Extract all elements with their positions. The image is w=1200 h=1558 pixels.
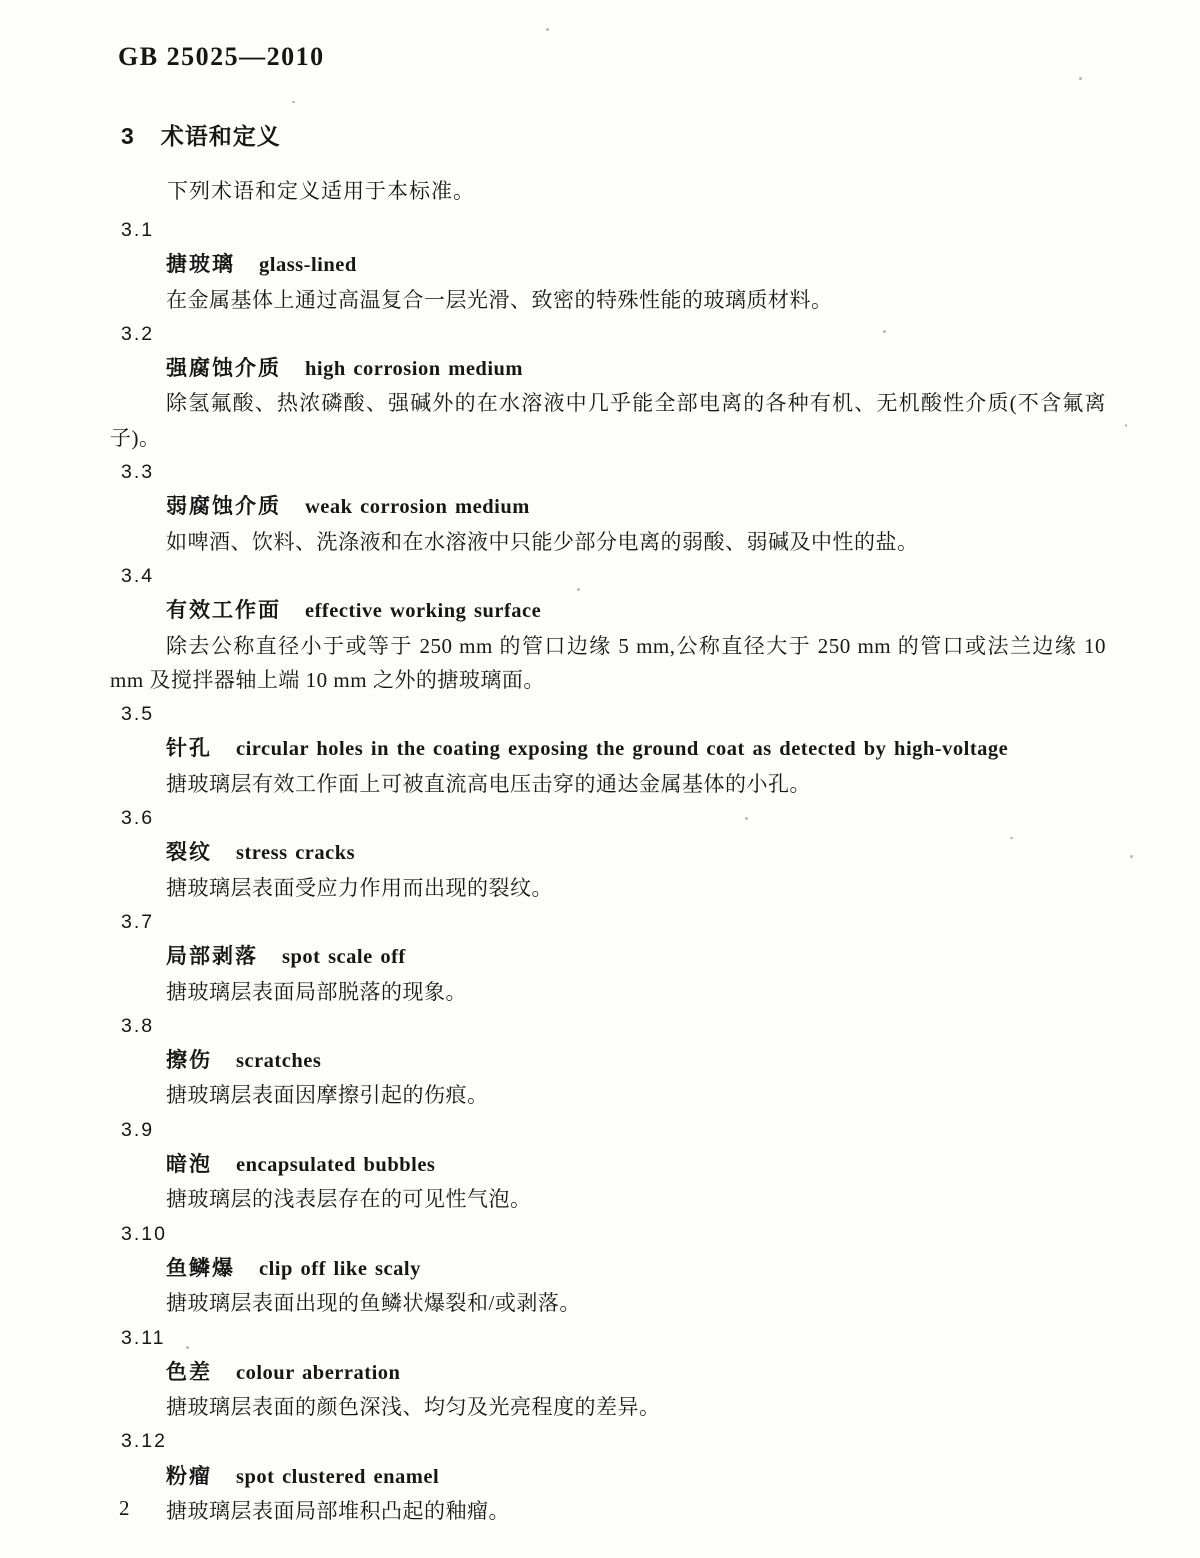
term-zh: 搪玻璃	[166, 253, 235, 276]
term-definition: 搪玻璃层表面出现的鱼鳞状爆裂和/或剥落。	[110, 1286, 1106, 1320]
term-en: circular holes in the coating exposing t…	[236, 738, 1008, 760]
term-en: high corrosion medium	[305, 358, 523, 380]
term-title: 擦伤scratches	[110, 1043, 1106, 1078]
term-title: 有效工作面effective working surface	[110, 593, 1106, 628]
term-zh: 鱼鳞爆	[166, 1257, 235, 1280]
term-title: 针孔circular holes in the coating exposing…	[110, 731, 1106, 766]
term-title: 粉瘤spot clustered enamel	[110, 1459, 1106, 1494]
standard-number-header: GB 25025—2010	[118, 42, 325, 72]
term-entry-3-1: 3.1 搪玻璃glass-lined 在金属基体上通过高温复合一层光滑、致密的特…	[110, 213, 1106, 317]
term-definition: 搪玻璃层表面因摩擦引起的伤痕。	[110, 1078, 1106, 1112]
term-entry-3-6: 3.6 裂纹stress cracks 搪玻璃层表面受应力作用而出现的裂纹。	[110, 801, 1106, 905]
term-zh: 裂纹	[166, 841, 212, 864]
term-entry-3-2: 3.2 强腐蚀介质high corrosion medium 除氢氟酸、热浓磷酸…	[110, 317, 1106, 455]
term-title: 裂纹stress cracks	[110, 835, 1106, 870]
term-entry-3-4: 3.4 有效工作面effective working surface 除去公称直…	[110, 559, 1106, 697]
term-definition: 除氢氟酸、热浓磷酸、强碱外的在水溶液中几乎能全部电离的各种有机、无机酸性介质(不…	[110, 386, 1106, 455]
term-title: 弱腐蚀介质weak corrosion medium	[110, 489, 1106, 524]
term-number: 3.4	[110, 559, 1106, 593]
term-entry-3-9: 3.9 暗泡encapsulated bubbles 搪玻璃层的浅表层存在的可见…	[110, 1113, 1106, 1217]
term-number: 3.5	[110, 697, 1106, 731]
term-number: 3.8	[110, 1009, 1106, 1043]
term-en: weak corrosion medium	[305, 496, 530, 518]
term-en: clip off like scaly	[259, 1258, 421, 1280]
term-en: stress cracks	[236, 842, 355, 864]
term-en: scratches	[236, 1050, 321, 1072]
term-zh: 局部剥落	[166, 945, 258, 968]
term-number: 3.6	[110, 801, 1106, 835]
term-number: 3.12	[110, 1424, 1106, 1458]
section-number: 3	[121, 123, 135, 149]
term-definition: 搪玻璃层表面的颜色深浅、均匀及光亮程度的差异。	[110, 1390, 1106, 1424]
term-title: 局部剥落spot scale off	[110, 939, 1106, 974]
term-number: 3.11	[110, 1321, 1106, 1355]
term-zh: 强腐蚀介质	[166, 357, 281, 380]
term-entry-3-10: 3.10 鱼鳞爆clip off like scaly 搪玻璃层表面出现的鱼鳞状…	[110, 1217, 1106, 1321]
term-definition: 搪玻璃层表面局部脱落的现象。	[110, 975, 1106, 1009]
term-title: 搪玻璃glass-lined	[110, 247, 1106, 282]
term-zh: 弱腐蚀介质	[166, 495, 281, 518]
term-title: 色差colour aberration	[110, 1355, 1106, 1390]
term-zh: 擦伤	[166, 1049, 212, 1072]
term-definition: 搪玻璃层的浅表层存在的可见性气泡。	[110, 1182, 1106, 1216]
term-zh: 有效工作面	[166, 599, 281, 622]
term-definition: 搪玻璃层表面局部堆积凸起的釉瘤。	[110, 1494, 1106, 1528]
terms-list: 3.1 搪玻璃glass-lined 在金属基体上通过高温复合一层光滑、致密的特…	[110, 213, 1106, 1528]
page-number: 2	[119, 1496, 130, 1521]
section-intro: 下列术语和定义适用于本标准。	[167, 175, 475, 205]
term-title: 鱼鳞爆clip off like scaly	[110, 1251, 1106, 1286]
term-title: 暗泡encapsulated bubbles	[110, 1147, 1106, 1182]
term-entry-3-7: 3.7 局部剥落spot scale off 搪玻璃层表面局部脱落的现象。	[110, 905, 1106, 1009]
term-definition: 如啤酒、饮料、洗涤液和在水溶液中只能少部分电离的弱酸、弱碱及中性的盐。	[110, 525, 1106, 559]
term-definition: 搪玻璃层表面受应力作用而出现的裂纹。	[110, 871, 1106, 905]
term-definition: 除去公称直径小于或等于 250 mm 的管口边缘 5 mm,公称直径大于 250…	[110, 629, 1106, 698]
term-zh: 针孔	[166, 737, 212, 760]
term-zh: 粉瘤	[166, 1465, 212, 1488]
term-zh: 色差	[166, 1361, 212, 1384]
term-entry-3-12: 3.12 粉瘤spot clustered enamel 搪玻璃层表面局部堆积凸…	[110, 1424, 1106, 1528]
term-number: 3.10	[110, 1217, 1106, 1251]
term-definition: 在金属基体上通过高温复合一层光滑、致密的特殊性能的玻璃质材料。	[110, 283, 1106, 317]
section-heading: 3术语和定义	[121, 118, 281, 151]
term-number: 3.9	[110, 1113, 1106, 1147]
term-entry-3-8: 3.8 擦伤scratches 搪玻璃层表面因摩擦引起的伤痕。	[110, 1009, 1106, 1113]
term-title: 强腐蚀介质high corrosion medium	[110, 351, 1106, 386]
term-number: 3.7	[110, 905, 1106, 939]
term-en: spot clustered enamel	[236, 1466, 439, 1488]
term-number: 3.2	[110, 317, 1106, 351]
scan-speck	[546, 28, 549, 31]
term-en: effective working surface	[305, 600, 541, 622]
scan-speck	[292, 101, 295, 103]
scan-speck	[1079, 77, 1082, 80]
document-page: GB 25025—2010 3术语和定义 下列术语和定义适用于本标准。 3.1 …	[0, 0, 1200, 1558]
scan-speck	[1125, 424, 1127, 427]
term-definition: 搪玻璃层有效工作面上可被直流高电压击穿的通达金属基体的小孔。	[110, 767, 1106, 801]
term-number: 3.1	[110, 213, 1106, 247]
term-en: colour aberration	[236, 1362, 400, 1384]
term-en: encapsulated bubbles	[236, 1154, 435, 1176]
term-zh: 暗泡	[166, 1153, 212, 1176]
term-number: 3.3	[110, 455, 1106, 489]
section-title: 术语和定义	[161, 123, 281, 149]
term-entry-3-5: 3.5 针孔circular holes in the coating expo…	[110, 697, 1106, 801]
term-en: spot scale off	[282, 946, 406, 968]
scan-speck	[1130, 855, 1133, 858]
term-entry-3-11: 3.11 色差colour aberration 搪玻璃层表面的颜色深浅、均匀及…	[110, 1321, 1106, 1425]
term-en: glass-lined	[259, 254, 357, 276]
term-entry-3-3: 3.3 弱腐蚀介质weak corrosion medium 如啤酒、饮料、洗涤…	[110, 455, 1106, 559]
